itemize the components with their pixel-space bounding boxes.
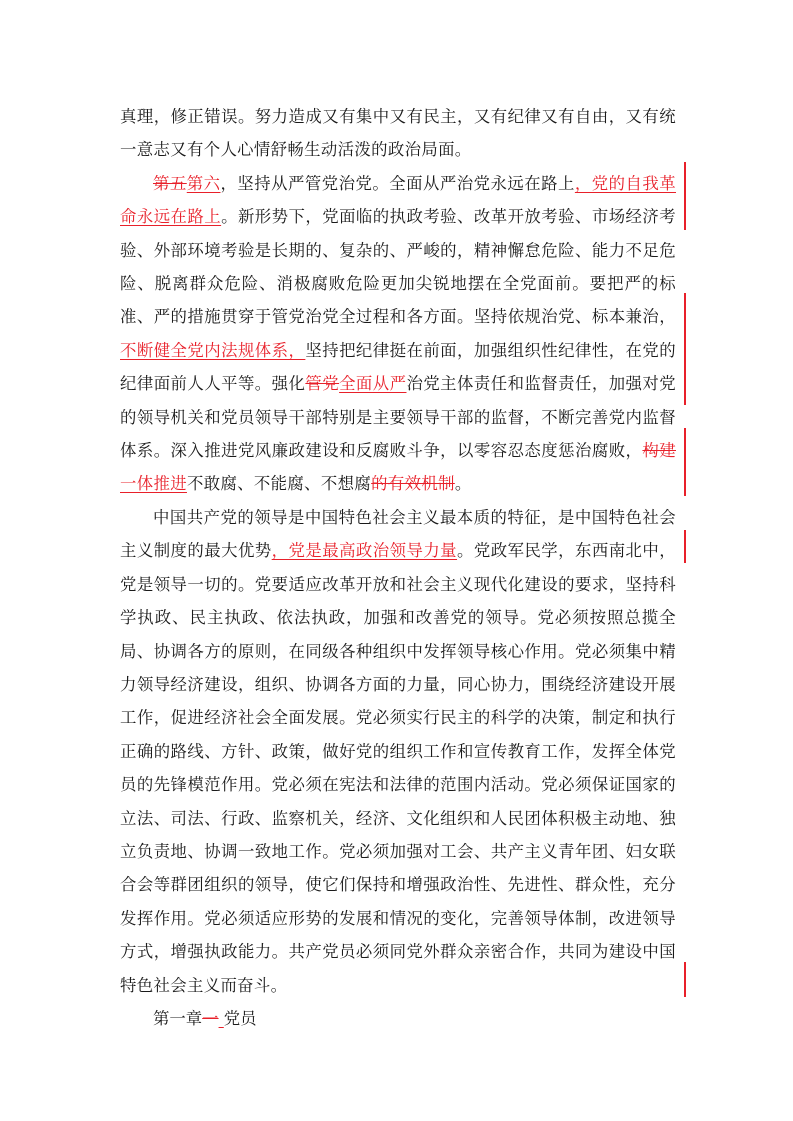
document-body[interactable]: 真理，修正错误。努力造成又有集中又有民主，又有纪律又有自由，又有统一意志又有个人…: [120, 100, 676, 1035]
tracked-insertion[interactable]: 不断健全党内法规体系，: [120, 341, 305, 360]
paragraph-3: 中国共产党的领导是中国特色社会主义最本质的特征，是中国特色社会主义制度的最大优势…: [120, 501, 676, 1002]
text-run: 不敢腐、不能腐、不想腐: [187, 474, 371, 493]
tracked-insertion[interactable]: 第六: [187, 174, 221, 193]
chapter-prefix: 第一章: [153, 1009, 202, 1028]
tracked-insertion[interactable]: ，党是最高政治领导力量: [272, 541, 457, 560]
tracked-deletion[interactable]: 构建: [642, 441, 676, 460]
tracked-insertion[interactable]: 一体推进: [120, 474, 187, 493]
chapter-heading: 第一章一 党员: [120, 1002, 676, 1035]
change-bar-5: [684, 962, 686, 997]
paragraph-1: 真理，修正错误。努力造成又有集中又有民主，又有纪律又有自由，又有统一意志又有个人…: [120, 100, 676, 167]
text-run: 。党政军民学，东西南北中，党是领导一切的。党要适应改革开放和社会主义现代化建设的…: [120, 541, 676, 994]
tracked-insertion[interactable]: 全面从严: [339, 374, 406, 393]
tracked-deletion[interactable]: 一: [202, 1009, 218, 1028]
chapter-title: 党员: [224, 1009, 257, 1028]
change-bar-3: [684, 428, 686, 496]
text-run: ，坚持从严管党治党。全面从严治党永远在路上: [221, 174, 575, 193]
text-run: 。: [455, 474, 472, 493]
tracked-deletion[interactable]: 第五: [153, 174, 187, 193]
change-bar-4: [684, 530, 686, 563]
change-bar-2: [684, 293, 686, 405]
paragraph-2: 第五第六，坚持从严管党治党。全面从严治党永远在路上，党的自我革命永远在路上。新形…: [120, 167, 676, 501]
tracked-deletion[interactable]: 的有效机制: [371, 474, 455, 493]
document-page: 真理，修正错误。努力造成又有集中又有民主，又有纪律又有自由，又有统一意志又有个人…: [0, 0, 793, 1121]
text-run: 真理，修正错误。努力造成又有集中又有民主，又有纪律又有自由，又有统一意志又有个人…: [120, 107, 676, 159]
tracked-deletion[interactable]: 管党: [305, 374, 339, 393]
change-bar-1: [684, 162, 686, 230]
